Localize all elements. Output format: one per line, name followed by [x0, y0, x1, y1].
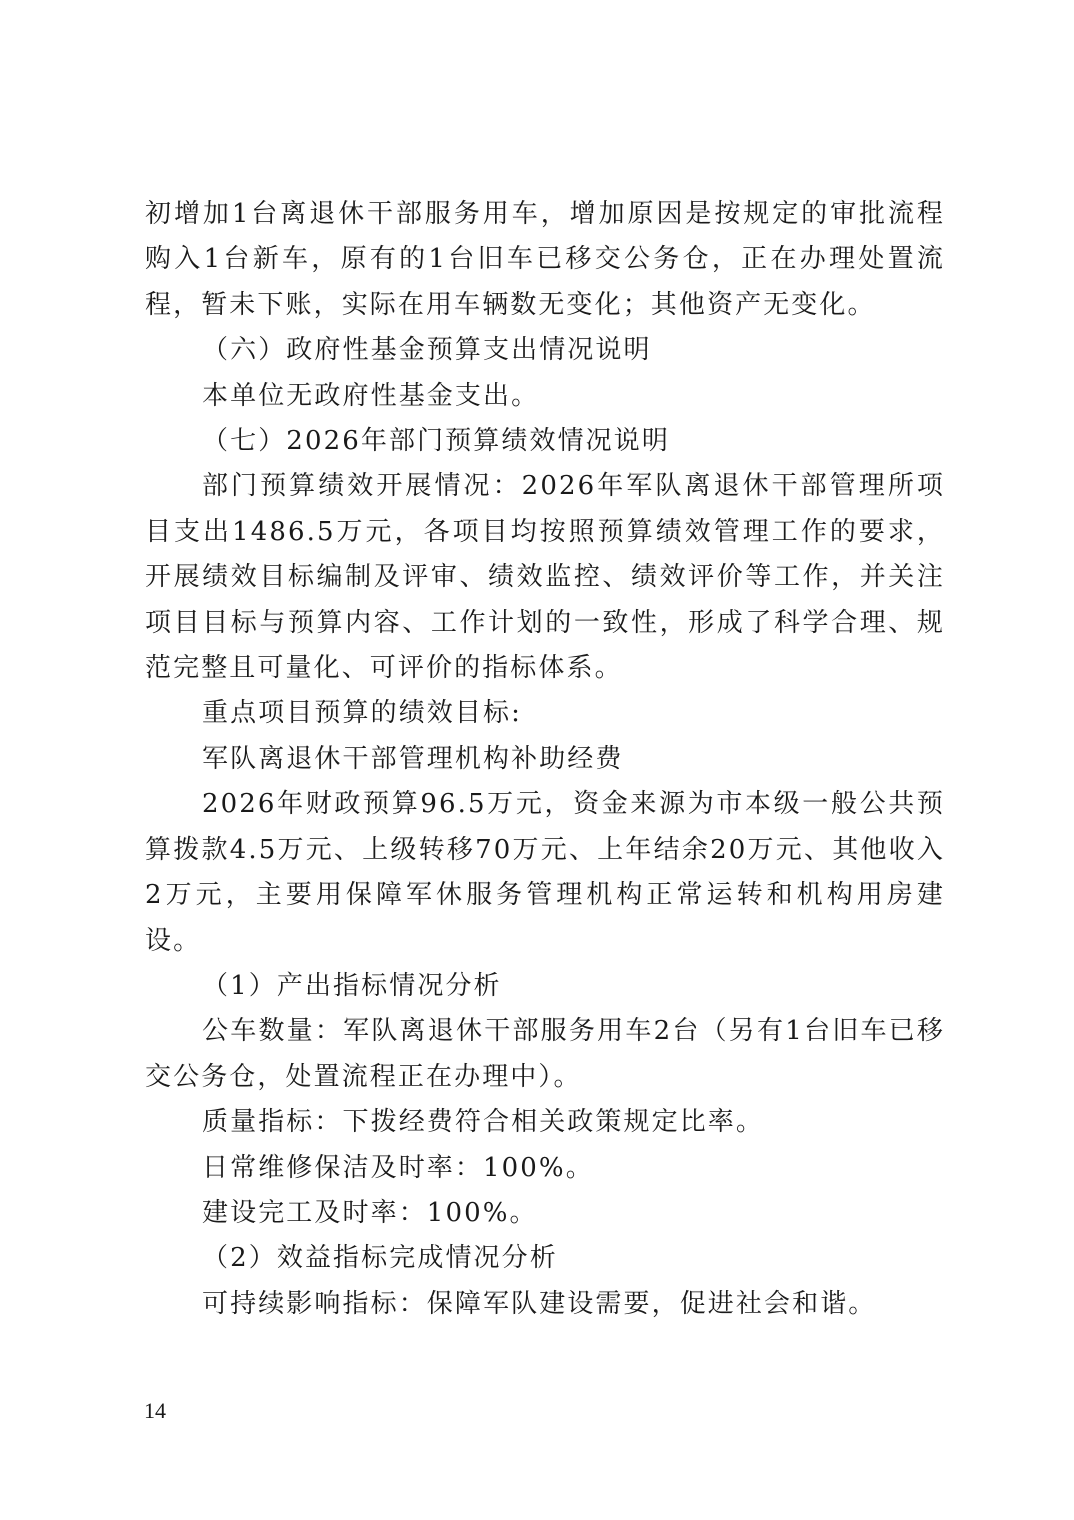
paragraph: 本单位无政府性基金支出。: [145, 374, 945, 419]
paragraph: 2026年财政预算96.5万元，资金来源为市本级一般公共预算拨款4.5万元、上级…: [145, 782, 945, 964]
paragraph: 日常维修保洁及时率：100%。: [145, 1146, 945, 1191]
paragraph: 重点项目预算的绩效目标:: [145, 691, 945, 736]
paragraph: 可持续影响指标：保障军队建设需要，促进社会和谐。: [145, 1282, 945, 1327]
page-number: 14: [144, 1398, 166, 1424]
paragraph: 建设完工及时率：100%。: [145, 1191, 945, 1236]
section-heading-7: （七）2026年部门预算绩效情况说明: [145, 419, 945, 464]
subheading-benefit-indicators: （2）效益指标完成情况分析: [145, 1236, 945, 1281]
document-page: 初增加1台离退休干部服务用车，增加原因是按规定的审批流程购入1台新车，原有的1台…: [145, 192, 945, 1327]
paragraph: 部门预算绩效开展情况：2026年军队离退休干部管理所项目支出1486.5万元，各…: [145, 464, 945, 691]
subheading-output-indicators: （1）产出指标情况分析: [145, 964, 945, 1009]
paragraph-continued: 初增加1台离退休干部服务用车，增加原因是按规定的审批流程购入1台新车，原有的1台…: [145, 192, 945, 328]
project-title: 军队离退休干部管理机构补助经费: [145, 737, 945, 782]
section-heading-6: （六）政府性基金预算支出情况说明: [145, 328, 945, 373]
paragraph: 公车数量：军队离退休干部服务用车2台（另有1台旧车已移交公务仓，处置流程正在办理…: [145, 1009, 945, 1100]
paragraph: 质量指标：下拨经费符合相关政策规定比率。: [145, 1100, 945, 1145]
